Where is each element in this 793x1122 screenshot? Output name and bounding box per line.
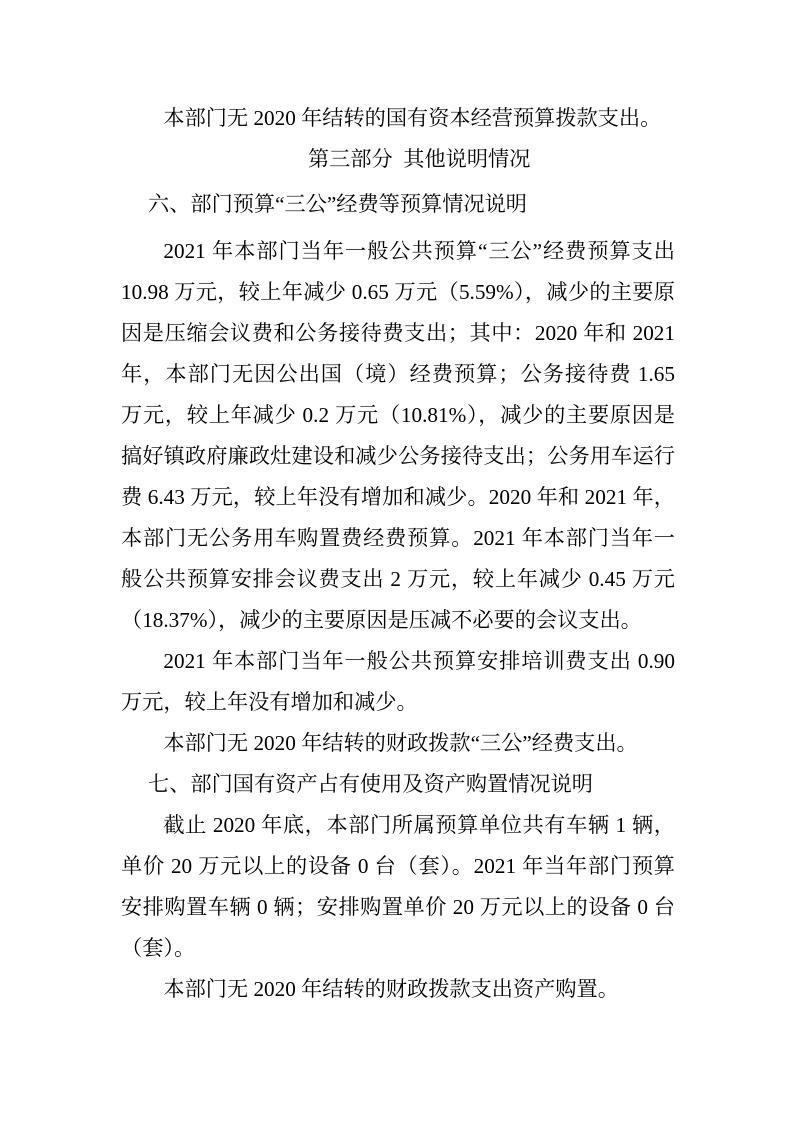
carryover-asset-purchase-paragraph: 本部门无 2020 年结转的财政拨款支出资产购置。 [121,969,675,1010]
section-seven-heading: 七、部门国有资产占有使用及资产购置情况说明 [121,764,675,805]
three-public-funds-paragraph: 2021 年本部门当年一般公共预算“三公”经费预算支出 10.98 万元，较上年… [121,231,675,641]
asset-occupancy-paragraph: 截止 2020 年底，本部门所属预算单位共有车辆 1 辆，单价 20 万元以上的… [121,805,675,969]
training-fee-paragraph: 2021 年本部门当年一般公共预算安排培训费支出 0.90 万元，较上年没有增加… [121,641,675,723]
intro-paragraph: 本部门无 2020 年结转的国有资本经营预算拨款支出。 [121,98,675,139]
section-six-heading: 六、部门预算“三公”经费等预算情况说明 [121,184,675,225]
document-page: 本部门无 2020 年结转的国有资本经营预算拨款支出。 第三部分 其他说明情况 … [0,0,793,1122]
carryover-three-public-paragraph: 本部门无 2020 年结转的财政拨款“三公”经费支出。 [121,723,675,764]
part-heading: 第三部分 其他说明情况 [121,139,675,180]
